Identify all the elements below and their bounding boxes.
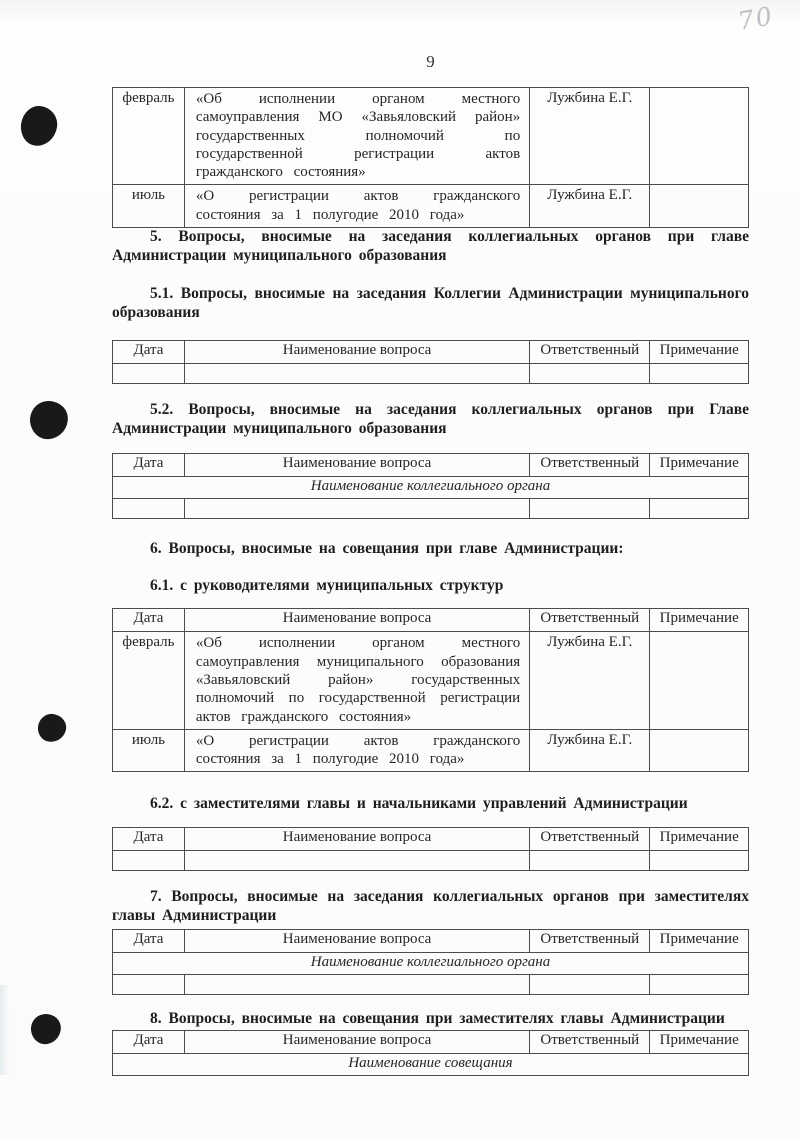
header-date: Дата	[113, 930, 185, 953]
question-cell: «О регистрации актов гражданского состоя…	[184, 729, 529, 772]
header-note: Примечание	[650, 930, 749, 953]
section-6-1-heading: 6.1. с руководителями муниципальных стру…	[112, 577, 749, 596]
responsible-cell: Лужбина Е.Г.	[530, 632, 650, 729]
header-date: Дата	[113, 453, 185, 476]
document-content: 9 февраль «Об исполнении органом местног…	[112, 0, 749, 1076]
header-question: Наименование вопроса	[184, 609, 529, 632]
header-date: Дата	[113, 828, 185, 851]
header-note: Примечание	[650, 1031, 749, 1054]
header-note: Примечание	[650, 453, 749, 476]
table-header-row: Дата Наименование вопроса Ответственный …	[113, 340, 749, 363]
question-cell	[184, 498, 529, 518]
header-note: Примечание	[650, 609, 749, 632]
section-8-heading: 8. Вопросы, вносимые на совещания при за…	[112, 1010, 749, 1029]
header-responsible: Ответственный	[530, 453, 650, 476]
header-date: Дата	[113, 609, 185, 632]
table-row: июль «О регистрации актов гражданского с…	[113, 185, 749, 228]
header-responsible: Ответственный	[530, 828, 650, 851]
note-cell	[650, 88, 749, 185]
question-cell: «Об исполнении органом местного самоупра…	[184, 88, 529, 185]
table-header-row: Дата Наименование вопроса Ответственный …	[113, 1031, 749, 1054]
collegial-body-name-cell: Наименование коллегиального органа	[113, 476, 749, 498]
note-cell	[650, 498, 749, 518]
hole-punch-mark	[35, 711, 68, 744]
note-cell	[650, 975, 749, 995]
section-7-heading: 7. Вопросы, вносимые на заседания коллег…	[112, 888, 749, 926]
header-question: Наименование вопроса	[184, 1031, 529, 1054]
note-cell	[650, 363, 749, 383]
section-6-heading: 6. Вопросы, вносимые на совещания при гл…	[112, 540, 749, 559]
note-cell	[650, 632, 749, 729]
section-7-table: Дата Наименование вопроса Ответственный …	[112, 929, 749, 995]
responsible-cell	[530, 975, 650, 995]
section-6-2-heading: 6.2. с заместителями главы и начальникам…	[112, 795, 749, 814]
empty-table-row	[113, 975, 749, 995]
responsible-cell: Лужбина Е.Г.	[530, 185, 650, 228]
header-responsible: Ответственный	[530, 609, 650, 632]
merged-subheader-row: Наименование коллегиального органа	[113, 953, 749, 975]
merged-subheader-row: Наименование коллегиального органа	[113, 476, 749, 498]
empty-table-row	[113, 363, 749, 383]
responsible-cell: Лужбина Е.Г.	[530, 88, 650, 185]
scanned-document-page: 70 9 февраль «Об исполнении органом мест…	[0, 0, 800, 1139]
header-date: Дата	[113, 340, 185, 363]
date-cell	[113, 363, 185, 383]
scan-edge-artifact	[0, 985, 9, 1075]
header-note: Примечание	[650, 340, 749, 363]
empty-table-row	[113, 498, 749, 518]
table-row: февраль «Об исполнении органом местного …	[113, 632, 749, 729]
date-cell	[113, 498, 185, 518]
merged-subheader-row: Наименование совещания	[113, 1054, 749, 1076]
table-header-row: Дата Наименование вопроса Ответственный …	[113, 609, 749, 632]
header-responsible: Ответственный	[530, 930, 650, 953]
section-5-1-heading: 5.1. Вопросы, вносимые на заседания Колл…	[112, 285, 749, 323]
empty-table-row	[113, 851, 749, 871]
date-cell	[113, 975, 185, 995]
table-row: февраль «Об исполнении органом местного …	[113, 88, 749, 185]
section-6-2-table: Дата Наименование вопроса Ответственный …	[112, 827, 749, 871]
date-cell	[113, 851, 185, 871]
question-cell: «О регистрации актов гражданского состоя…	[184, 185, 529, 228]
responsible-cell: Лужбина Е.Г.	[530, 729, 650, 772]
responsible-cell	[530, 363, 650, 383]
table-row: июль «О регистрации актов гражданского с…	[113, 729, 749, 772]
hole-punch-mark	[18, 104, 59, 149]
table-header-row: Дата Наименование вопроса Ответственный …	[113, 828, 749, 851]
section-8-table: Дата Наименование вопроса Ответственный …	[112, 1030, 749, 1076]
table-header-row: Дата Наименование вопроса Ответственный …	[113, 930, 749, 953]
meeting-name-cell: Наименование совещания	[113, 1054, 749, 1076]
header-question: Наименование вопроса	[184, 930, 529, 953]
note-cell	[650, 851, 749, 871]
header-note: Примечание	[650, 828, 749, 851]
note-cell	[650, 729, 749, 772]
responsible-cell	[530, 498, 650, 518]
hole-punch-mark	[29, 1012, 64, 1047]
question-cell	[184, 975, 529, 995]
collegial-body-name-cell: Наименование коллегиального органа	[113, 953, 749, 975]
header-question: Наименование вопроса	[184, 828, 529, 851]
date-cell: февраль	[113, 632, 185, 729]
responsible-cell	[530, 851, 650, 871]
header-responsible: Ответственный	[530, 1031, 650, 1054]
question-cell: «Об исполнении органом местного самоупра…	[184, 632, 529, 729]
hole-punch-mark	[28, 399, 70, 441]
table-header-row: Дата Наименование вопроса Ответственный …	[113, 453, 749, 476]
section-5-1-table: Дата Наименование вопроса Ответственный …	[112, 340, 749, 384]
date-cell: февраль	[113, 88, 185, 185]
question-cell	[184, 363, 529, 383]
continuation-table: февраль «Об исполнении органом местного …	[112, 87, 749, 228]
section-6-1-table: Дата Наименование вопроса Ответственный …	[112, 608, 749, 772]
header-date: Дата	[113, 1031, 185, 1054]
date-cell: июль	[113, 729, 185, 772]
header-question: Наименование вопроса	[184, 453, 529, 476]
section-5-2-heading: 5.2. Вопросы, вносимые на заседания колл…	[112, 401, 749, 439]
section-5-heading: 5. Вопросы, вносимые на заседания коллег…	[112, 228, 749, 266]
page-number: 9	[112, 0, 749, 72]
header-question: Наименование вопроса	[184, 340, 529, 363]
section-5-2-table: Дата Наименование вопроса Ответственный …	[112, 453, 749, 519]
date-cell: июль	[113, 185, 185, 228]
header-responsible: Ответственный	[530, 340, 650, 363]
note-cell	[650, 185, 749, 228]
question-cell	[184, 851, 529, 871]
